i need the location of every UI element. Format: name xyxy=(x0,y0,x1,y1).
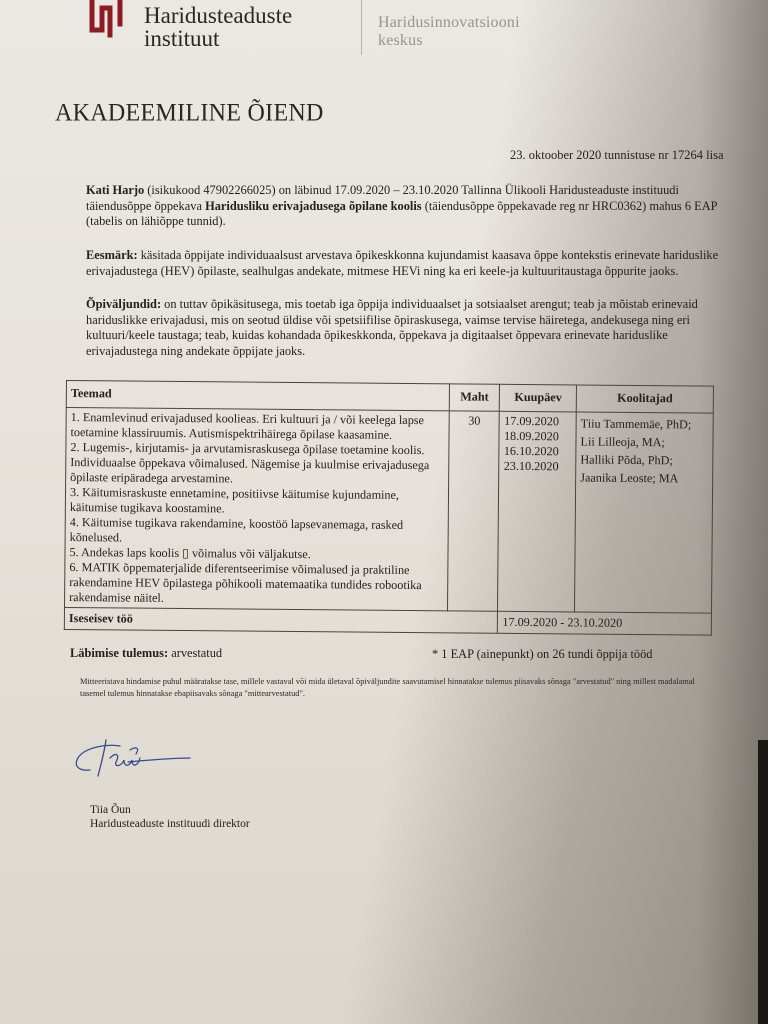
course-table: Teemad Maht Kuupäev Koolitajad 1. Enamle… xyxy=(64,380,714,636)
date-item: 23.10.2020 xyxy=(504,459,572,475)
header-volume: Maht xyxy=(449,384,500,411)
topic-item: 6. MATIK õppematerjalide diferentseerimi… xyxy=(69,560,443,608)
topics-cell: 1. Enamlevinud erivajadused koolieas. Er… xyxy=(65,408,450,611)
topic-item: 3. Käitumisraskuste ennetamine, positiiv… xyxy=(70,485,444,518)
self-study-label: Iseseisev töö xyxy=(64,607,498,633)
institute-name-line2: instituut xyxy=(144,27,292,50)
trainer-item: Jaanika Leoste; MA xyxy=(580,468,708,487)
goal-text: käsitada õppijate individuaalsust arvest… xyxy=(86,248,718,278)
volume-cell: 30 xyxy=(447,411,499,611)
goal-label: Eesmärk: xyxy=(86,248,138,262)
goal-paragraph: Eesmärk: käsitada õppijate individuaalsu… xyxy=(86,248,726,279)
topic-item: 2. Lugemis-, kirjutamis- ja arvutamisras… xyxy=(70,440,444,488)
outcomes-text: on tuttav õpikäsitusega, mis toetab iga … xyxy=(86,297,698,358)
result-value: arvestatud xyxy=(168,646,222,660)
date-item: 18.09.2020 xyxy=(504,429,572,445)
document-title: AKADEEMILINE ÕIEND xyxy=(55,99,324,127)
header-date: Kuupäev xyxy=(500,384,577,412)
center-name: Haridusinnovatsiooni keskus xyxy=(378,14,520,50)
institute-name-line1: Haridusteaduste xyxy=(144,4,292,27)
certificate-reference: 23. oktoober 2020 tunnistuse nr 17264 li… xyxy=(510,148,724,163)
center-name-line1: Haridusinnovatsiooni xyxy=(378,14,520,32)
intro-paragraph: Kati Harjo (isikukood 47902266025) on lä… xyxy=(86,183,726,230)
signer-name: Tiia Õun xyxy=(90,804,131,816)
date-item: 16.10.2020 xyxy=(504,444,572,460)
program-name: Haridusliku erivajadusega õpilane koolis xyxy=(205,199,422,213)
dates-cell: 17.09.202018.09.202016.10.202023.10.2020 xyxy=(498,411,576,612)
trainer-item: Halliki Põda, PhD; xyxy=(580,450,708,469)
institute-name: Haridusteaduste instituut xyxy=(144,4,292,50)
grading-note: Mitteeristava hindamise puhul määratakse… xyxy=(80,676,720,700)
signature-icon xyxy=(70,732,200,792)
eap-note: * 1 EAP (ainepunkt) on 26 tundi õppija t… xyxy=(432,647,652,662)
topic-item: 1. Enamlevinud erivajadused koolieas. Er… xyxy=(70,410,444,443)
signer-title: Haridusteaduste instituudi direktor xyxy=(90,818,250,830)
date-item: 17.09.2020 xyxy=(504,414,572,430)
self-study-period: 17.09.2020 - 23.10.2020 xyxy=(498,611,712,635)
trainer-item: Lii Lilleoja, MA; xyxy=(580,432,708,451)
outcomes-paragraph: Õpiväljundid: on tuttav õpikäsitusega, m… xyxy=(86,297,726,359)
background-edge xyxy=(758,740,768,1024)
header-topics: Teemad xyxy=(66,381,449,411)
header-divider xyxy=(361,0,362,55)
center-name-line2: keskus xyxy=(378,32,520,50)
student-name: Kati Harjo xyxy=(86,183,144,197)
outcomes-label: Õpiväljundid: xyxy=(86,297,161,311)
table-row: 1. Enamlevinud erivajadused koolieas. Er… xyxy=(65,408,714,614)
header-trainers: Koolitajad xyxy=(576,385,713,413)
topic-item: 4. Käitumise tugikava rakendamine, koost… xyxy=(70,515,444,548)
trainers-cell: Tiiu Tammemäe, PhD;Lii Lilleoja, MA;Hall… xyxy=(575,412,714,613)
result-label: Läbimise tulemus: xyxy=(70,646,168,660)
university-logo-icon xyxy=(86,0,126,38)
trainer-item: Tiiu Tammemäe, PhD; xyxy=(581,414,709,433)
result-line: Läbimise tulemus: arvestatud xyxy=(70,646,222,661)
